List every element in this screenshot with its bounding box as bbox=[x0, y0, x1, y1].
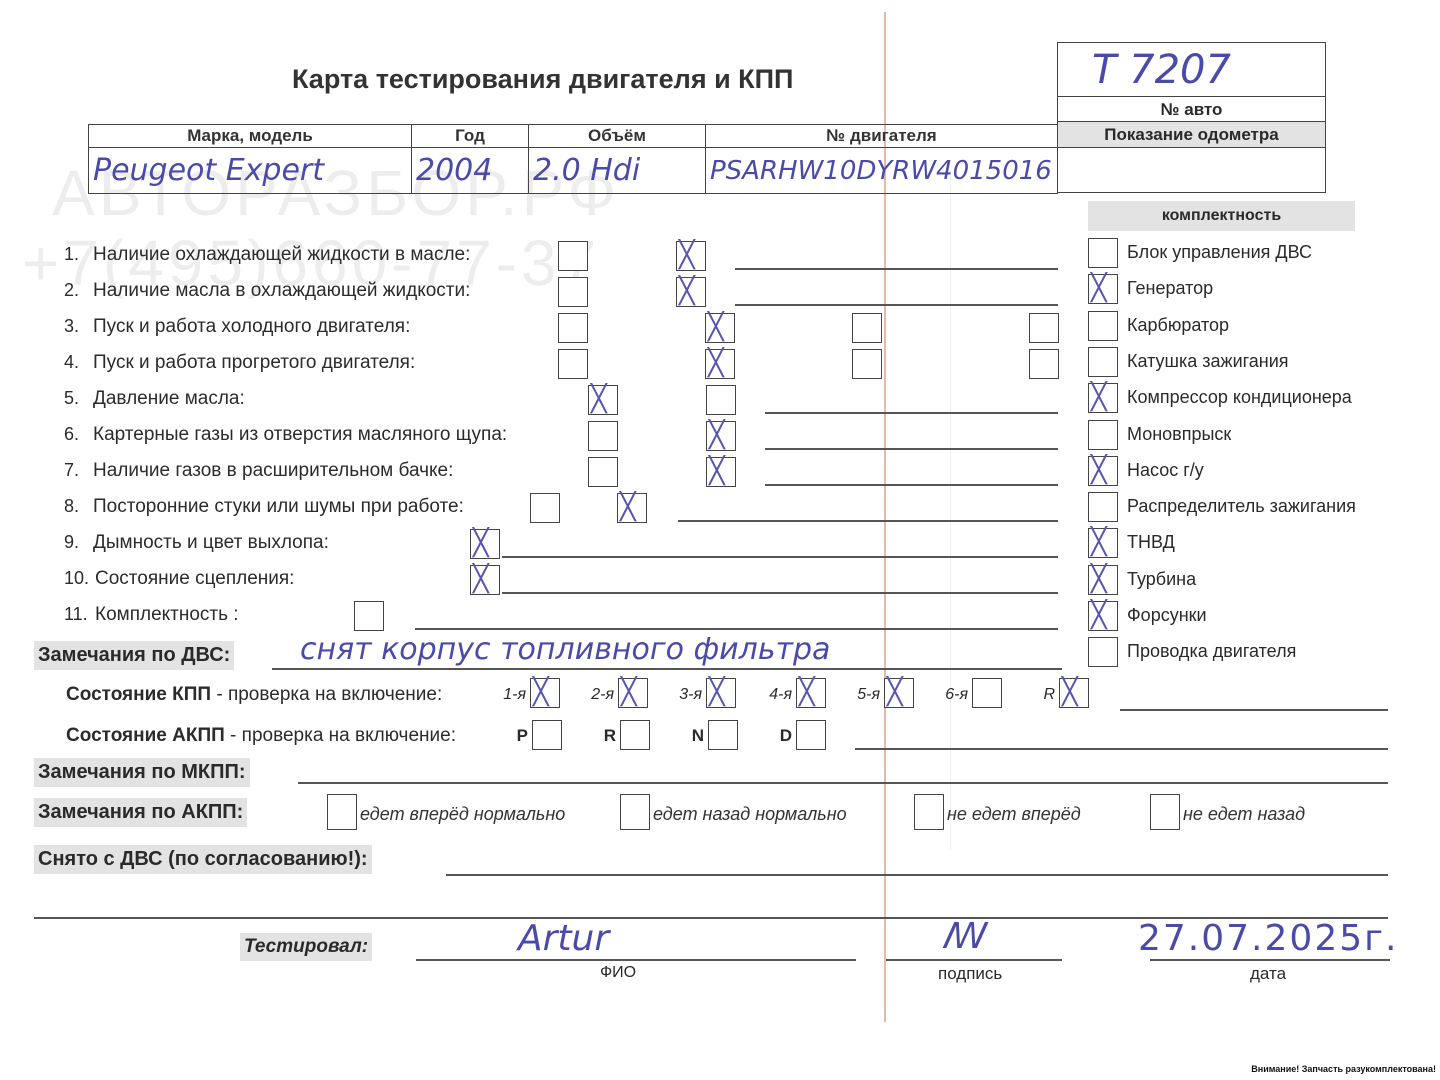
kpp-label-bold: Состояние КПП bbox=[66, 684, 211, 705]
akpp-remark-label: не едет назад bbox=[1183, 804, 1305, 825]
check-option-box[interactable] bbox=[705, 313, 735, 343]
akpp-remark-label: едет назад нормально bbox=[653, 804, 847, 825]
akpp-position-label: D bbox=[780, 726, 792, 746]
kit-title: комплектность bbox=[1088, 201, 1355, 231]
notes-line[interactable] bbox=[415, 628, 1058, 630]
col-engine-number: № двигателя bbox=[706, 125, 1058, 148]
engine-number-value[interactable]: PSARHW10DYRW4015016 bbox=[706, 148, 1058, 194]
akpp-remark-label: едет вперёд нормально bbox=[360, 804, 565, 825]
check-option-box[interactable] bbox=[530, 493, 560, 523]
odometer-value[interactable] bbox=[1058, 148, 1325, 192]
check-option-box[interactable] bbox=[1029, 313, 1059, 343]
kit-item-label: Блок управления ДВС bbox=[1127, 242, 1312, 263]
check-row-label: Комплектность : bbox=[95, 604, 239, 626]
akpp-line bbox=[855, 748, 1388, 750]
check-row-label: Давление масла: bbox=[93, 388, 245, 410]
footer-note: Внимание! Запчасть разукомплектована! bbox=[1251, 1064, 1436, 1074]
notes-line[interactable] bbox=[502, 556, 1058, 558]
notes-line[interactable] bbox=[735, 304, 1058, 306]
akpp-remark-checkbox[interactable] bbox=[1150, 794, 1180, 830]
gear-label: 6-я bbox=[945, 686, 968, 704]
check-option-box[interactable] bbox=[705, 349, 735, 379]
kit-item-label: Компрессор кондиционера bbox=[1127, 387, 1352, 408]
signature-mark[interactable]: ꟿ bbox=[944, 916, 987, 957]
check-row-label: Посторонние стуки или шумы при работе: bbox=[93, 496, 464, 518]
vehicle-header-table: Марка, модель Год Объём № двигателя Peug… bbox=[88, 124, 1058, 194]
tested-by-label: Тестировал: bbox=[240, 933, 372, 961]
date-caption: дата bbox=[1250, 964, 1286, 984]
check-option-box[interactable] bbox=[558, 349, 588, 379]
check-row-number: 4. bbox=[64, 352, 79, 373]
kpp-line bbox=[1120, 709, 1388, 711]
check-row-number: 3. bbox=[64, 316, 79, 337]
kit-item-label: Катушка зажигания bbox=[1127, 351, 1289, 372]
year-value[interactable]: 2004 bbox=[412, 148, 529, 194]
akpp-remark-checkbox[interactable] bbox=[620, 794, 650, 830]
kit-item-checkbox[interactable] bbox=[1088, 383, 1118, 413]
check-option-box[interactable] bbox=[470, 565, 500, 595]
col-year: Год bbox=[412, 125, 529, 148]
kit-item-label: Насос г/у bbox=[1127, 460, 1204, 481]
check-option-box[interactable] bbox=[588, 457, 618, 487]
auto-number-label: № авто bbox=[1058, 97, 1325, 122]
engine-remarks-value[interactable]: снят корпус топливного фильтра bbox=[300, 632, 830, 667]
akpp-position-checkbox[interactable] bbox=[708, 720, 738, 750]
akpp-remark-checkbox[interactable] bbox=[914, 794, 944, 830]
form-title: Карта тестирования двигателя и КПП bbox=[292, 64, 793, 95]
kit-item-checkbox[interactable] bbox=[1088, 456, 1118, 486]
date-line bbox=[1150, 959, 1390, 961]
akpp-position-checkbox[interactable] bbox=[620, 720, 650, 750]
check-row-label: Наличие газов в расширительном бачке: bbox=[93, 460, 453, 482]
check-option-box[interactable] bbox=[676, 241, 706, 271]
check-option-box[interactable] bbox=[1029, 349, 1059, 379]
col-volume: Объём bbox=[529, 125, 706, 148]
notes-line[interactable] bbox=[735, 268, 1058, 270]
check-option-box[interactable] bbox=[588, 385, 618, 415]
gear-checkbox[interactable] bbox=[884, 678, 914, 708]
mkpp-remarks-label: Замечания по МКПП: bbox=[34, 758, 250, 787]
check-row-number: 8. bbox=[64, 496, 79, 517]
kit-item-checkbox[interactable] bbox=[1088, 238, 1118, 268]
make-model-value[interactable]: Peugeot Expert bbox=[89, 148, 412, 194]
check-row-label: Пуск и работа прогретого двигателя: bbox=[93, 352, 415, 374]
check-option-box[interactable] bbox=[676, 277, 706, 307]
akpp-position-checkbox[interactable] bbox=[532, 720, 562, 750]
gear-label: 3-я bbox=[679, 686, 702, 704]
name-caption: ФИО bbox=[600, 964, 636, 982]
akpp-label-rest: - проверка на включение: bbox=[225, 725, 456, 746]
volume-value[interactable]: 2.0 Hdi bbox=[529, 148, 706, 194]
check-row-label: Картерные газы из отверстия масляного щу… bbox=[93, 424, 507, 446]
akpp-position-checkbox[interactable] bbox=[796, 720, 826, 750]
kit-item-label: Турбина bbox=[1127, 569, 1196, 590]
check-row-label: Наличие масла в охлаждающей жидкости: bbox=[93, 280, 470, 302]
check-option-box[interactable] bbox=[617, 493, 647, 523]
check-option-box[interactable] bbox=[588, 421, 618, 451]
kit-item-checkbox[interactable] bbox=[1088, 274, 1118, 304]
check-option-box[interactable] bbox=[354, 601, 384, 631]
kit-item-checkbox[interactable] bbox=[1088, 347, 1118, 377]
check-row-label: Наличие охлаждающей жидкости в масле: bbox=[93, 244, 470, 266]
check-row-label: Пуск и работа холодного двигателя: bbox=[93, 316, 410, 338]
akpp-label-bold: Состояние АКПП bbox=[66, 725, 225, 746]
signature-caption: подпись bbox=[938, 964, 1002, 984]
akpp-position-label: N bbox=[692, 726, 704, 746]
engine-remarks-line bbox=[272, 668, 1062, 670]
check-option-box[interactable] bbox=[558, 277, 588, 307]
check-row-number: 2. bbox=[64, 280, 79, 301]
gear-checkbox[interactable] bbox=[618, 678, 648, 708]
check-option-box[interactable] bbox=[470, 529, 500, 559]
gear-label: 5-я bbox=[857, 686, 880, 704]
check-option-box[interactable] bbox=[852, 313, 882, 343]
akpp-position-label: R bbox=[604, 726, 616, 746]
col-make-model: Марка, модель bbox=[89, 125, 412, 148]
removed-line[interactable] bbox=[446, 874, 1388, 876]
signature-line bbox=[886, 959, 1062, 961]
check-option-box[interactable] bbox=[852, 349, 882, 379]
gear-checkbox[interactable] bbox=[530, 678, 560, 708]
gear-checkbox[interactable] bbox=[1059, 678, 1089, 708]
check-row-number: 5. bbox=[64, 388, 79, 409]
akpp-remarks-label: Замечания по АКПП: bbox=[34, 798, 247, 827]
notes-line[interactable] bbox=[502, 592, 1058, 594]
kit-item-checkbox[interactable] bbox=[1088, 420, 1118, 450]
notes-line[interactable] bbox=[678, 520, 1058, 522]
kpp-label: Состояние КПП - проверка на включение: bbox=[66, 684, 442, 706]
kit-item-checkbox[interactable] bbox=[1088, 528, 1118, 558]
auto-number-value[interactable]: T 7207 bbox=[1058, 43, 1325, 97]
check-option-box[interactable] bbox=[706, 457, 736, 487]
gear-label: 4-я bbox=[769, 686, 792, 704]
kit-item-label: Моновпрыск bbox=[1127, 424, 1231, 445]
name-line bbox=[416, 959, 856, 961]
akpp-label: Состояние АКПП - проверка на включение: bbox=[66, 725, 456, 747]
akpp-remark-checkbox[interactable] bbox=[327, 794, 357, 830]
kit-item-checkbox[interactable] bbox=[1088, 565, 1118, 595]
check-row-number: 1. bbox=[64, 244, 79, 265]
removed-label: Снято с ДВС (по согласованию!): bbox=[34, 845, 372, 874]
check-option-box[interactable] bbox=[706, 421, 736, 451]
kit-item-label: Форсунки bbox=[1127, 605, 1207, 626]
kit-item-label: Карбюратор bbox=[1127, 315, 1229, 336]
odometer-label: Показание одометра bbox=[1058, 122, 1325, 148]
check-row-number: 11. bbox=[64, 604, 88, 625]
kit-item-label: Проводка двигателя bbox=[1127, 641, 1296, 662]
mkpp-remarks-line[interactable] bbox=[298, 782, 1388, 784]
gear-label: R bbox=[1043, 686, 1055, 704]
notes-line[interactable] bbox=[765, 484, 1058, 486]
kit-item-label: ТНВД bbox=[1127, 532, 1175, 553]
tester-name-value[interactable]: Artur bbox=[518, 918, 609, 959]
kit-item-checkbox[interactable] bbox=[1088, 601, 1118, 631]
kpp-label-rest: - проверка на включение: bbox=[211, 684, 442, 705]
gear-checkbox[interactable] bbox=[796, 678, 826, 708]
check-option-box[interactable] bbox=[558, 241, 588, 271]
check-row-label: Дымность и цвет выхлопа: bbox=[93, 532, 329, 554]
check-row-label: Состояние сцепления: bbox=[95, 568, 294, 590]
kit-item-label: Распределитель зажигания bbox=[1127, 496, 1356, 517]
gear-checkbox[interactable] bbox=[972, 678, 1002, 708]
kit-item-label: Генератор bbox=[1127, 278, 1213, 299]
kit-item-checkbox[interactable] bbox=[1088, 492, 1118, 522]
engine-remarks-label: Замечания по ДВС: bbox=[34, 641, 234, 670]
notes-line[interactable] bbox=[765, 448, 1058, 450]
auto-number-box: T 7207 № авто Показание одометра bbox=[1057, 42, 1326, 193]
akpp-remark-label: не едет вперёд bbox=[947, 804, 1081, 825]
gear-checkbox[interactable] bbox=[706, 678, 736, 708]
notes-line[interactable] bbox=[765, 412, 1058, 414]
check-row-number: 6. bbox=[64, 424, 79, 445]
gear-label: 1-я bbox=[503, 686, 526, 704]
gear-label: 2-я bbox=[591, 686, 614, 704]
check-option-box[interactable] bbox=[558, 313, 588, 343]
kit-item-checkbox[interactable] bbox=[1088, 311, 1118, 341]
akpp-position-label: P bbox=[517, 726, 528, 746]
check-row-number: 10. bbox=[64, 568, 89, 589]
check-row-number: 7. bbox=[64, 460, 79, 481]
kit-item-checkbox[interactable] bbox=[1088, 637, 1118, 667]
check-row-number: 9. bbox=[64, 532, 79, 553]
date-value[interactable]: 27.07.2025г. bbox=[1138, 918, 1398, 959]
check-option-box[interactable] bbox=[706, 385, 736, 415]
